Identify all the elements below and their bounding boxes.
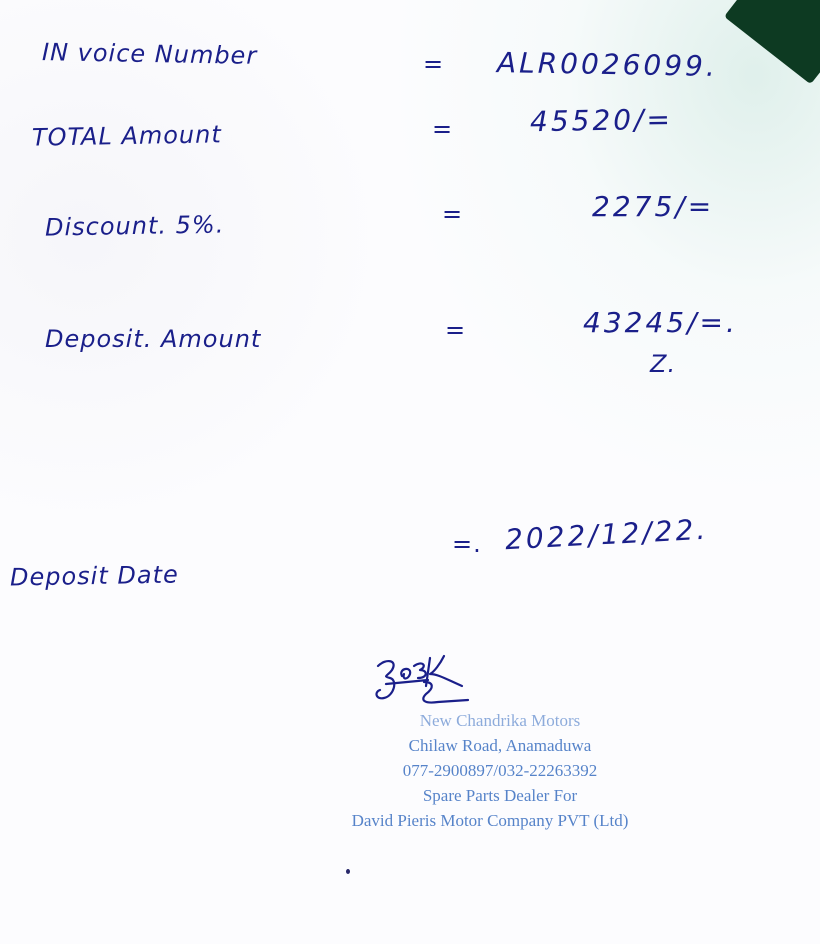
stamp-company-name: New Chandrika Motors xyxy=(320,708,680,733)
deposit-date-separator: =. xyxy=(452,530,482,558)
deposit-amount-note: Z. xyxy=(650,350,676,378)
total-amount-separator: = xyxy=(432,115,453,143)
invoice-number-label: IN voice Number xyxy=(42,38,258,70)
invoice-number-value: ALR0026099. xyxy=(497,46,718,83)
stamp-phone: 077-2900897/032-22263392 xyxy=(320,758,680,783)
signature-icon xyxy=(368,652,498,712)
deposit-amount-label: Deposit. Amount xyxy=(45,325,261,353)
deposit-amount-separator: = xyxy=(445,316,466,344)
company-stamp: New Chandrika Motors Chilaw Road, Anamad… xyxy=(320,708,680,833)
stamp-address: Chilaw Road, Anamaduwa xyxy=(320,733,680,758)
discount-label: Discount. 5%. xyxy=(45,210,225,241)
deposit-date-label: Deposit Date xyxy=(10,561,179,592)
total-amount-value: 45520/= xyxy=(530,103,674,138)
stamp-principal-company: David Pieris Motor Company PVT (Ltd) xyxy=(300,808,680,833)
total-amount-label: TOTAL Amount xyxy=(32,120,222,151)
discount-value: 2275/= xyxy=(592,190,714,223)
deposit-amount-value: 43245/=. xyxy=(583,306,738,339)
ink-dot xyxy=(346,869,350,874)
discount-separator: = xyxy=(442,200,463,228)
stamp-dealer-line: Spare Parts Dealer For xyxy=(320,783,680,808)
invoice-number-separator: = xyxy=(423,50,444,78)
